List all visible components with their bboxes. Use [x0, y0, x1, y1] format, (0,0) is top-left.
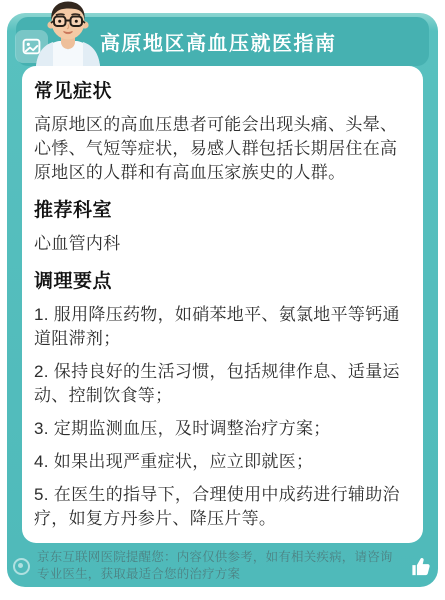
disclaimer-text: 京东互联网医院提醒您：内容仅供参考，如有相关疾病，请咨询专业医生，获取最适合您的…: [37, 549, 402, 583]
section-heading-department: 推荐科室: [34, 199, 411, 223]
department-value: 心血管内科: [34, 232, 411, 256]
target-circle-icon: [13, 558, 30, 575]
health-guide-card: 高原地区高血压就医指南: [0, 0, 445, 600]
section-heading-care: 调理要点: [34, 270, 411, 294]
care-item: 2. 保持良好的生活习惯，包括规律作息、适量运动、控制饮食等；: [34, 360, 411, 408]
care-item: 3. 定期监测血压，及时调整治疗方案；: [34, 417, 411, 441]
care-item: 1. 服用降压药物，如硝苯地平、氨氯地平等钙通道阻滞剂；: [34, 303, 411, 351]
symptoms-paragraph: 高原地区的高血压患者可能会出现头痛、头晕、心悸、气短等症状，易感人群包括长期居住…: [34, 113, 411, 185]
care-item: 4. 如果出现严重症状，应立即就医；: [34, 450, 411, 474]
page-title: 高原地区高血压就医指南: [100, 27, 337, 56]
thumbs-up-icon[interactable]: [409, 554, 433, 578]
content-card: 常见症状 高原地区的高血压患者可能会出现头痛、头晕、心悸、气短等症状，易感人群包…: [22, 66, 423, 543]
care-item: 5. 在医生的指导下，合理使用中成药进行辅助治疗，如复方丹参片、降压片等。: [34, 483, 411, 531]
doctor-avatar: [28, 0, 108, 66]
section-heading-symptoms: 常见症状: [34, 80, 411, 104]
footer-disclaimer-bar: 京东互联网医院提醒您：内容仅供参考，如有相关疾病，请咨询专业医生，获取最适合您的…: [13, 549, 433, 583]
